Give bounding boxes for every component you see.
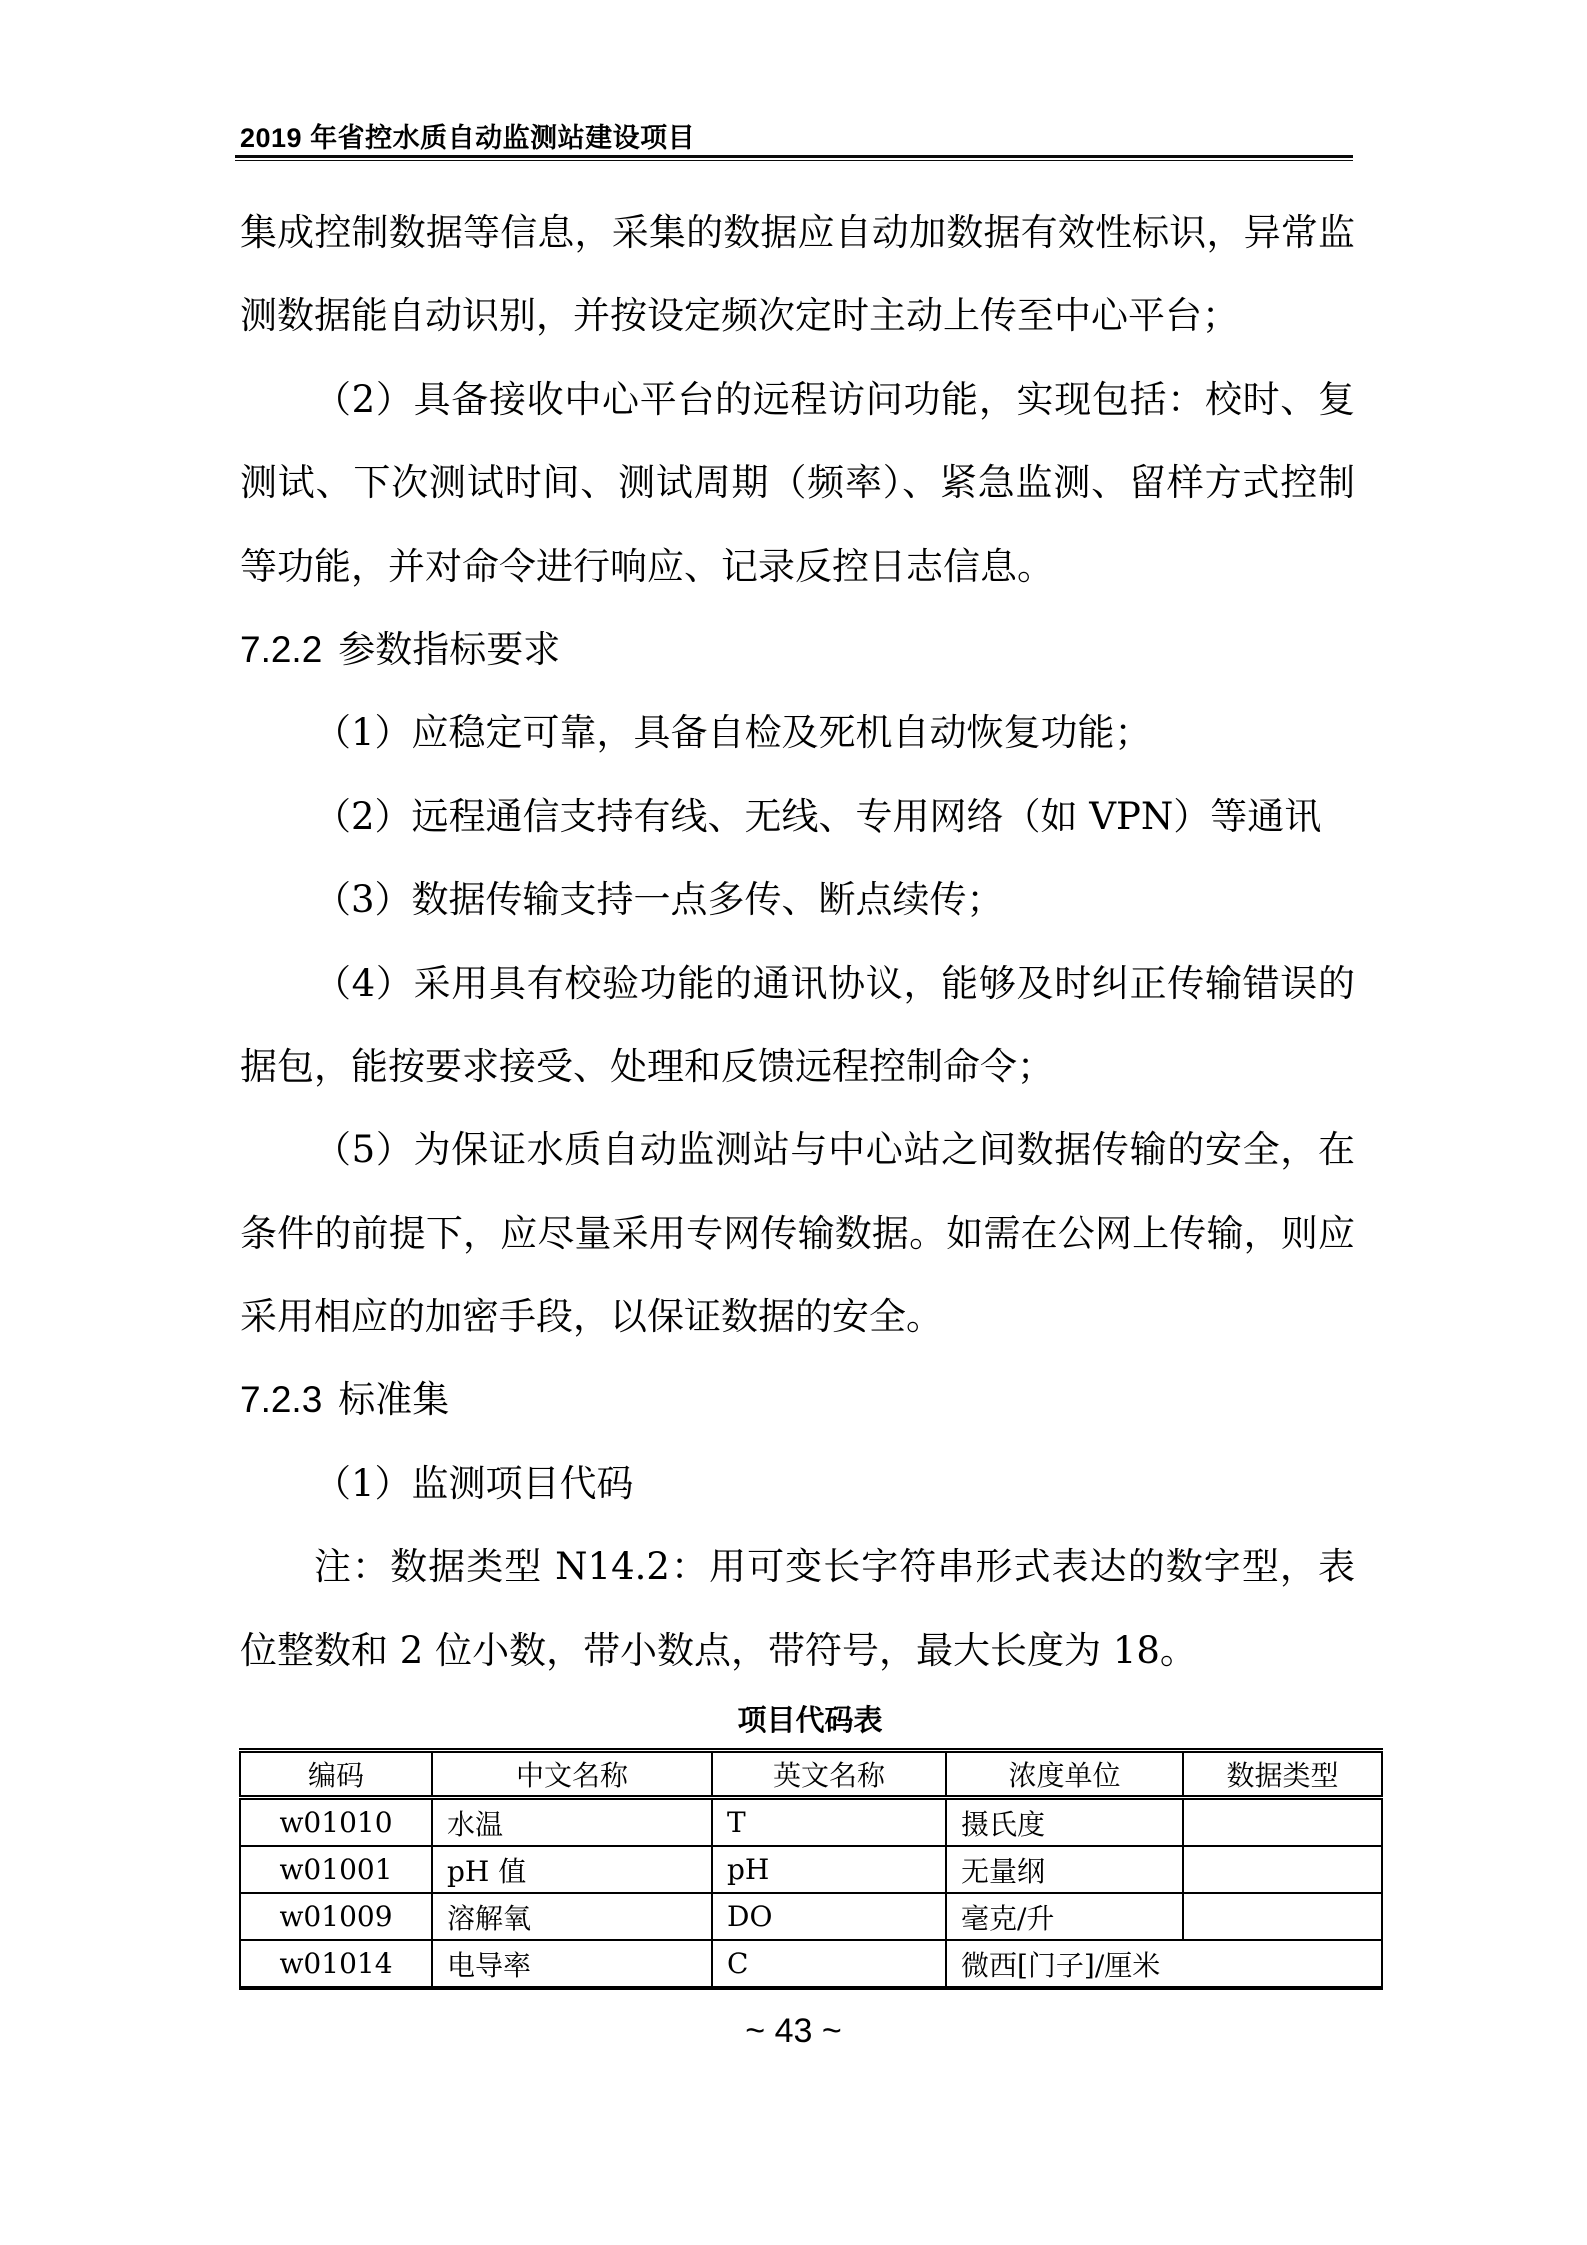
section-title: 标准集	[338, 1378, 449, 1421]
cell-unit: 无量纲	[946, 1846, 1183, 1893]
cell-dtype	[1183, 1846, 1382, 1893]
body-line: （1）应稳定可靠，具备自检及死机自动恢复功能；	[240, 691, 1355, 774]
body-line: 位整数和 2 位小数，带小数点，带符号，最大长度为 18。	[240, 1609, 1355, 1692]
body-line: （3）数据传输支持一点多传、断点续传；	[240, 858, 1355, 941]
body-line: 据包，能按要求接受、处理和反馈远程控制命令；	[240, 1025, 1355, 1108]
section-heading-7-2-2: 7.2.2参数指标要求	[240, 608, 1355, 691]
table-row: w01010 水温 T 摄氏度	[240, 1798, 1382, 1847]
document-page: 2019 年省控水质自动监测站建设项目 集成控制数据等信息，采集的数据应自动加数…	[0, 0, 1587, 2245]
column-header-unit: 浓度单位	[946, 1751, 1183, 1798]
column-header-dtype: 数据类型	[1183, 1751, 1382, 1798]
column-header-code: 编码	[240, 1751, 432, 1798]
table-header-row: 编码 中文名称 英文名称 浓度单位 数据类型	[240, 1751, 1382, 1798]
column-header-en: 英文名称	[712, 1751, 946, 1798]
cell-code: w01001	[240, 1846, 432, 1893]
body-text-column: 集成控制数据等信息，采集的数据应自动加数据有效性标识，异常监 测数据能自动识别，…	[240, 191, 1355, 1692]
table-row: w01009 溶解氧 DO 毫克/升	[240, 1893, 1382, 1940]
column-header-cn: 中文名称	[432, 1751, 712, 1798]
running-header-title: 2019 年省控水质自动监测站建设项目	[240, 116, 695, 155]
section-number: 7.2.2	[240, 629, 322, 670]
cell-en: C	[712, 1940, 946, 1988]
header-rule	[235, 155, 1353, 161]
cell-en: DO	[712, 1893, 946, 1940]
section-heading-7-2-3: 7.2.3标准集	[240, 1358, 1355, 1441]
cell-en: T	[712, 1798, 946, 1847]
cell-cn: 电导率	[432, 1940, 712, 1988]
section-title: 参数指标要求	[338, 628, 560, 671]
cell-dtype	[1183, 1798, 1382, 1847]
cell-cn: 水温	[432, 1798, 712, 1847]
cell-unit: 摄氏度	[946, 1798, 1183, 1847]
section-number: 7.2.3	[240, 1379, 322, 1420]
cell-cn: 溶解氧	[432, 1893, 712, 1940]
body-line: 条件的前提下，应尽量采用专网传输数据。如需在公网上传输，则应	[240, 1192, 1355, 1275]
cell-code: w01010	[240, 1798, 432, 1847]
body-line: 测试、下次测试时间、测试周期（频率）、紧急监测、留样方式控制	[240, 441, 1355, 524]
table-row: w01014 电导率 C 微西[门子]/厘米	[240, 1940, 1382, 1988]
page-number: ~ 43 ~	[0, 2012, 1587, 2051]
body-line: 集成控制数据等信息，采集的数据应自动加数据有效性标识，异常监	[240, 191, 1355, 274]
body-line: 等功能，并对命令进行响应、记录反控日志信息。	[240, 525, 1355, 608]
body-line: （5）为保证水质自动监测站与中心站之间数据传输的安全，在有	[240, 1108, 1355, 1191]
cell-unit: 毫克/升	[946, 1893, 1183, 1940]
cell-dtype	[1183, 1893, 1382, 1940]
body-line: 测数据能自动识别，并按设定频次定时主动上传至中心平台；	[240, 274, 1355, 357]
table-title: 项目代码表	[239, 1698, 1381, 1739]
body-line: （2）具备接收中心平台的远程访问功能，实现包括：校时、复位、	[240, 358, 1355, 441]
body-line: 注：数据类型 N14.2：用可变长字符串形式表达的数字型，表示 14	[240, 1525, 1355, 1608]
cell-code: w01009	[240, 1893, 432, 1940]
body-line: （1）监测项目代码	[240, 1442, 1355, 1525]
body-line: 采用相应的加密手段，以保证数据的安全。	[240, 1275, 1355, 1358]
body-line: （4）采用具有校验功能的通讯协议，能够及时纠正传输错误的数	[240, 942, 1355, 1025]
body-line: （2）远程通信支持有线、无线、专用网络（如 VPN）等通讯方式；	[240, 775, 1355, 858]
cell-code: w01014	[240, 1940, 432, 1988]
project-code-table: 编码 中文名称 英文名称 浓度单位 数据类型 w01010 水温 T 摄氏度 w…	[239, 1748, 1383, 1990]
cell-unit-merged: 微西[门子]/厘米	[946, 1940, 1382, 1988]
table-row: w01001 pH 值 pH 无量纲	[240, 1846, 1382, 1893]
cell-en: pH	[712, 1846, 946, 1893]
cell-cn: pH 值	[432, 1846, 712, 1893]
